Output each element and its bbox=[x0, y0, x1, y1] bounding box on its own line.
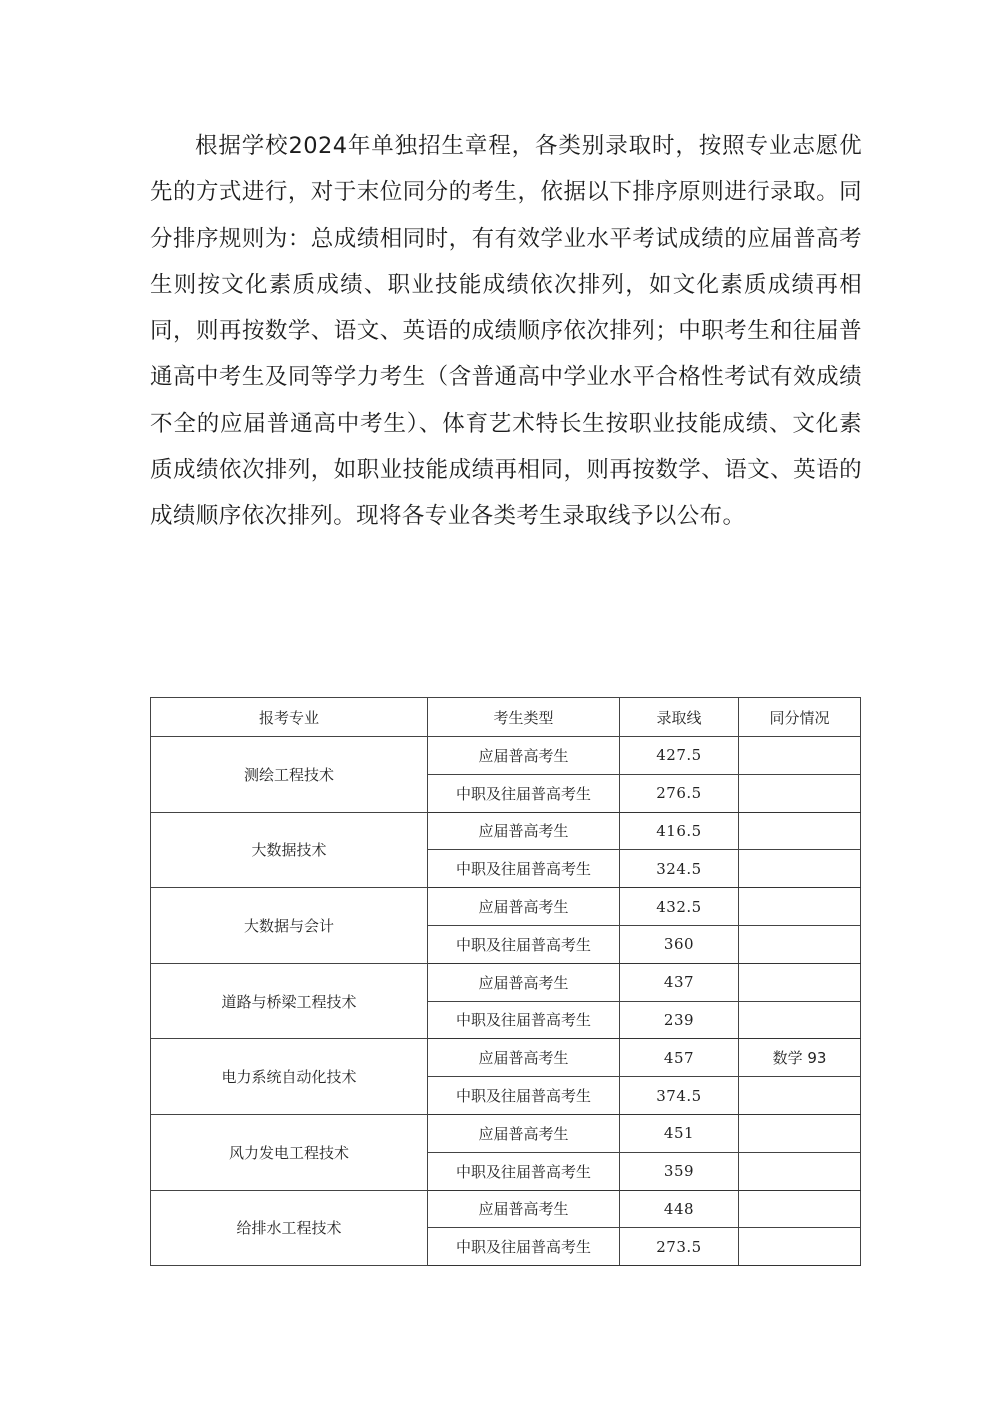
table-row: 大数据技术 应届普高考生 416.5 bbox=[151, 812, 861, 850]
major-cell: 电力系统自动化技术 bbox=[151, 1039, 428, 1115]
score-cell: 359 bbox=[620, 1152, 739, 1190]
tie-cell bbox=[739, 963, 861, 1001]
student-type-cell: 应届普高考生 bbox=[428, 1039, 620, 1077]
student-type-cell: 中职及往届普高考生 bbox=[428, 774, 620, 812]
score-cell: 360 bbox=[620, 925, 739, 963]
tie-cell bbox=[739, 1077, 861, 1115]
header-major: 报考专业 bbox=[151, 698, 428, 737]
score-cell: 451 bbox=[620, 1114, 739, 1152]
tie-cell bbox=[739, 1228, 861, 1266]
table-row: 道路与桥梁工程技术 应届普高考生 437 bbox=[151, 963, 861, 1001]
intro-paragraph: 根据学校2024年单独招生章程，各类别录取时，按照专业志愿优先的方式进行，对于末… bbox=[150, 123, 862, 540]
score-cell: 432.5 bbox=[620, 888, 739, 926]
tie-cell: 数学 93 bbox=[739, 1039, 861, 1077]
tie-cell bbox=[739, 1001, 861, 1039]
table-row: 给排水工程技术 应届普高考生 448 bbox=[151, 1190, 861, 1228]
tie-cell bbox=[739, 774, 861, 812]
major-cell: 风力发电工程技术 bbox=[151, 1114, 428, 1190]
student-type-cell: 应届普高考生 bbox=[428, 963, 620, 1001]
score-cell: 273.5 bbox=[620, 1228, 739, 1266]
student-type-cell: 中职及往届普高考生 bbox=[428, 1152, 620, 1190]
score-cell: 374.5 bbox=[620, 1077, 739, 1115]
table-row: 大数据与会计 应届普高考生 432.5 bbox=[151, 888, 861, 926]
major-cell: 道路与桥梁工程技术 bbox=[151, 963, 428, 1039]
score-cell: 437 bbox=[620, 963, 739, 1001]
tie-cell bbox=[739, 737, 861, 775]
table-row: 电力系统自动化技术 应届普高考生 457 数学 93 bbox=[151, 1039, 861, 1077]
tie-cell bbox=[739, 1114, 861, 1152]
tie-cell bbox=[739, 888, 861, 926]
student-type-cell: 中职及往届普高考生 bbox=[428, 925, 620, 963]
header-student-type: 考生类型 bbox=[428, 698, 620, 737]
score-cell: 448 bbox=[620, 1190, 739, 1228]
student-type-cell: 中职及往届普高考生 bbox=[428, 850, 620, 888]
score-cell: 457 bbox=[620, 1039, 739, 1077]
major-cell: 测绘工程技术 bbox=[151, 737, 428, 813]
header-admission-score: 录取线 bbox=[620, 698, 739, 737]
header-tie-info: 同分情况 bbox=[739, 698, 861, 737]
tie-cell bbox=[739, 812, 861, 850]
student-type-cell: 应届普高考生 bbox=[428, 1114, 620, 1152]
score-cell: 276.5 bbox=[620, 774, 739, 812]
major-cell: 给排水工程技术 bbox=[151, 1190, 428, 1266]
score-cell: 324.5 bbox=[620, 850, 739, 888]
score-cell: 239 bbox=[620, 1001, 739, 1039]
table-row: 测绘工程技术 应届普高考生 427.5 bbox=[151, 737, 861, 775]
student-type-cell: 应届普高考生 bbox=[428, 888, 620, 926]
student-type-cell: 应届普高考生 bbox=[428, 737, 620, 775]
tie-cell bbox=[739, 850, 861, 888]
student-type-cell: 中职及往届普高考生 bbox=[428, 1077, 620, 1115]
tie-cell bbox=[739, 1190, 861, 1228]
major-cell: 大数据技术 bbox=[151, 812, 428, 888]
student-type-cell: 中职及往届普高考生 bbox=[428, 1228, 620, 1266]
score-cell: 427.5 bbox=[620, 737, 739, 775]
major-cell: 大数据与会计 bbox=[151, 888, 428, 964]
student-type-cell: 应届普高考生 bbox=[428, 1190, 620, 1228]
tie-cell bbox=[739, 1152, 861, 1190]
admission-score-table: 报考专业 考生类型 录取线 同分情况 测绘工程技术 应届普高考生 427.5 中… bbox=[150, 697, 861, 1266]
student-type-cell: 中职及往届普高考生 bbox=[428, 1001, 620, 1039]
document-page: 根据学校2024年单独招生章程，各类别录取时，按照专业志愿优先的方式进行，对于末… bbox=[0, 0, 1000, 1414]
score-cell: 416.5 bbox=[620, 812, 739, 850]
table-row: 风力发电工程技术 应届普高考生 451 bbox=[151, 1114, 861, 1152]
student-type-cell: 应届普高考生 bbox=[428, 812, 620, 850]
table-header-row: 报考专业 考生类型 录取线 同分情况 bbox=[151, 698, 861, 737]
tie-cell bbox=[739, 925, 861, 963]
